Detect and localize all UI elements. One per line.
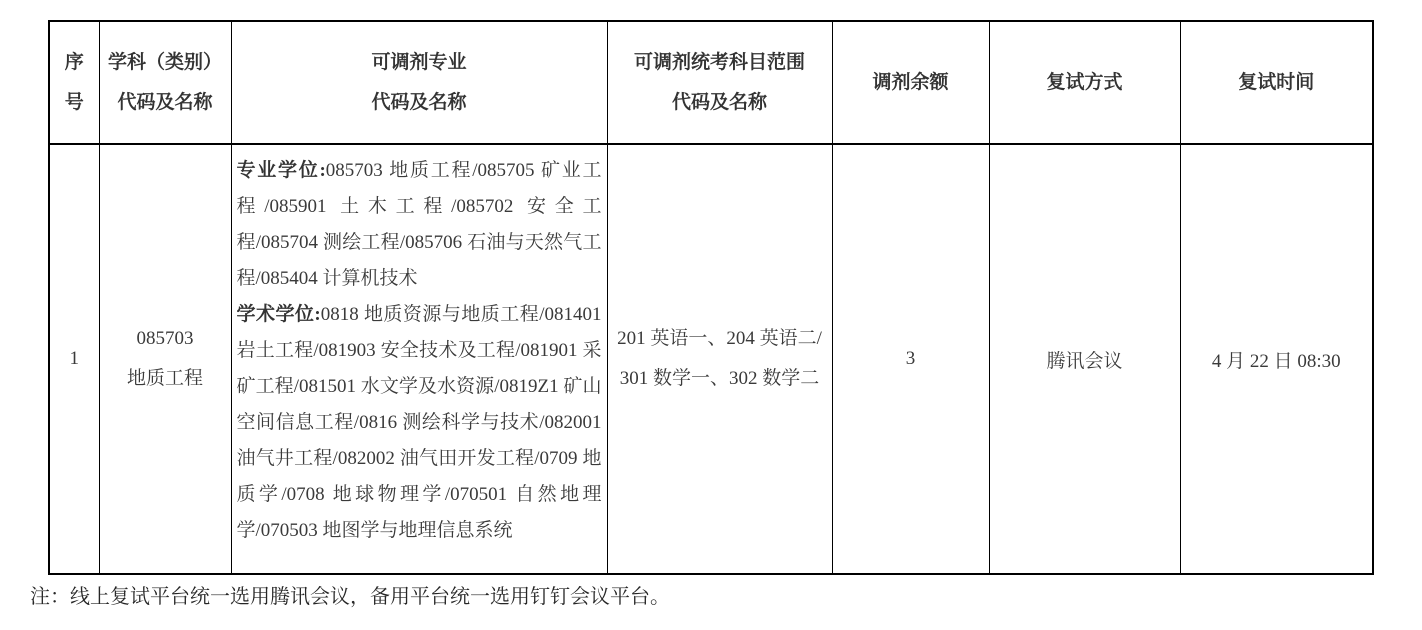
cell-subject: 085703 地质工程	[99, 144, 231, 574]
cell-adjustable-majors: 专业学位:085703 地质工程/085705 矿业工程/085901 土木工程…	[231, 144, 607, 574]
header-quota-line1: 调剂余额	[833, 63, 989, 103]
table-row: 1 085703 地质工程 专业学位:085703 地质工程/085705 矿业…	[49, 144, 1373, 574]
majors-professional-degree: 专业学位:085703 地质工程/085705 矿业工程/085901 土木工程…	[237, 153, 602, 297]
header-exam-line2: 代码及名称	[608, 83, 832, 123]
header-subject-code-name: 学科（类别） 代码及名称	[99, 21, 231, 144]
subject-name: 地质工程	[100, 359, 231, 399]
header-serial-line2: 号	[50, 83, 99, 123]
exam-subjects-line1: 201 英语一、204 英语二/	[608, 319, 832, 359]
cell-quota: 3	[832, 144, 989, 574]
subject-code: 085703	[100, 319, 231, 359]
header-adjustable-majors: 可调剂专业 代码及名称	[231, 21, 607, 144]
cell-serial-number: 1	[49, 144, 99, 574]
header-interview-method: 复试方式	[989, 21, 1180, 144]
header-serial-line1: 序	[50, 43, 99, 83]
header-interview-time: 复试时间	[1180, 21, 1373, 144]
majors-text-block: 专业学位:085703 地质工程/085705 矿业工程/085901 土木工程…	[237, 153, 602, 573]
document-page: 序 号 学科（类别） 代码及名称 可调剂专业 代码及名称 可调剂统考科目范围 代…	[0, 0, 1422, 630]
cell-interview-time: 4 月 22 日 08:30	[1180, 144, 1373, 574]
header-serial-number: 序 号	[49, 21, 99, 144]
header-quota: 调剂余额	[832, 21, 989, 144]
adjustment-table: 序 号 学科（类别） 代码及名称 可调剂专业 代码及名称 可调剂统考科目范围 代…	[48, 20, 1374, 575]
majors-academic-text: 0818 地质资源与地质工程/081401 岩土工程/081903 安全技术及工…	[237, 304, 602, 541]
header-majors-line1: 可调剂专业	[232, 43, 607, 83]
header-subject-line1: 学科（类别）	[100, 43, 231, 83]
header-majors-line2: 代码及名称	[232, 83, 607, 123]
majors-professional-label: 专业学位:	[237, 160, 326, 181]
header-subject-line2: 代码及名称	[100, 83, 231, 123]
header-time-line1: 复试时间	[1181, 63, 1373, 103]
header-exam-line1: 可调剂统考科目范围	[608, 43, 832, 83]
header-method-line1: 复试方式	[990, 63, 1180, 103]
footnote: 注：线上复试平台统一选用腾讯会议，备用平台统一选用钉钉会议平台。	[30, 584, 670, 610]
cell-exam-subjects: 201 英语一、204 英语二/ 301 数学一、302 数学二	[607, 144, 832, 574]
exam-subjects-line2: 301 数学一、302 数学二	[608, 359, 832, 399]
majors-academic-degree: 学术学位:0818 地质资源与地质工程/081401 岩土工程/081903 安…	[237, 297, 602, 549]
majors-academic-label: 学术学位:	[237, 304, 321, 325]
header-exam-subject-range: 可调剂统考科目范围 代码及名称	[607, 21, 832, 144]
cell-interview-method: 腾讯会议	[989, 144, 1180, 574]
header-row: 序 号 学科（类别） 代码及名称 可调剂专业 代码及名称 可调剂统考科目范围 代…	[49, 21, 1373, 144]
